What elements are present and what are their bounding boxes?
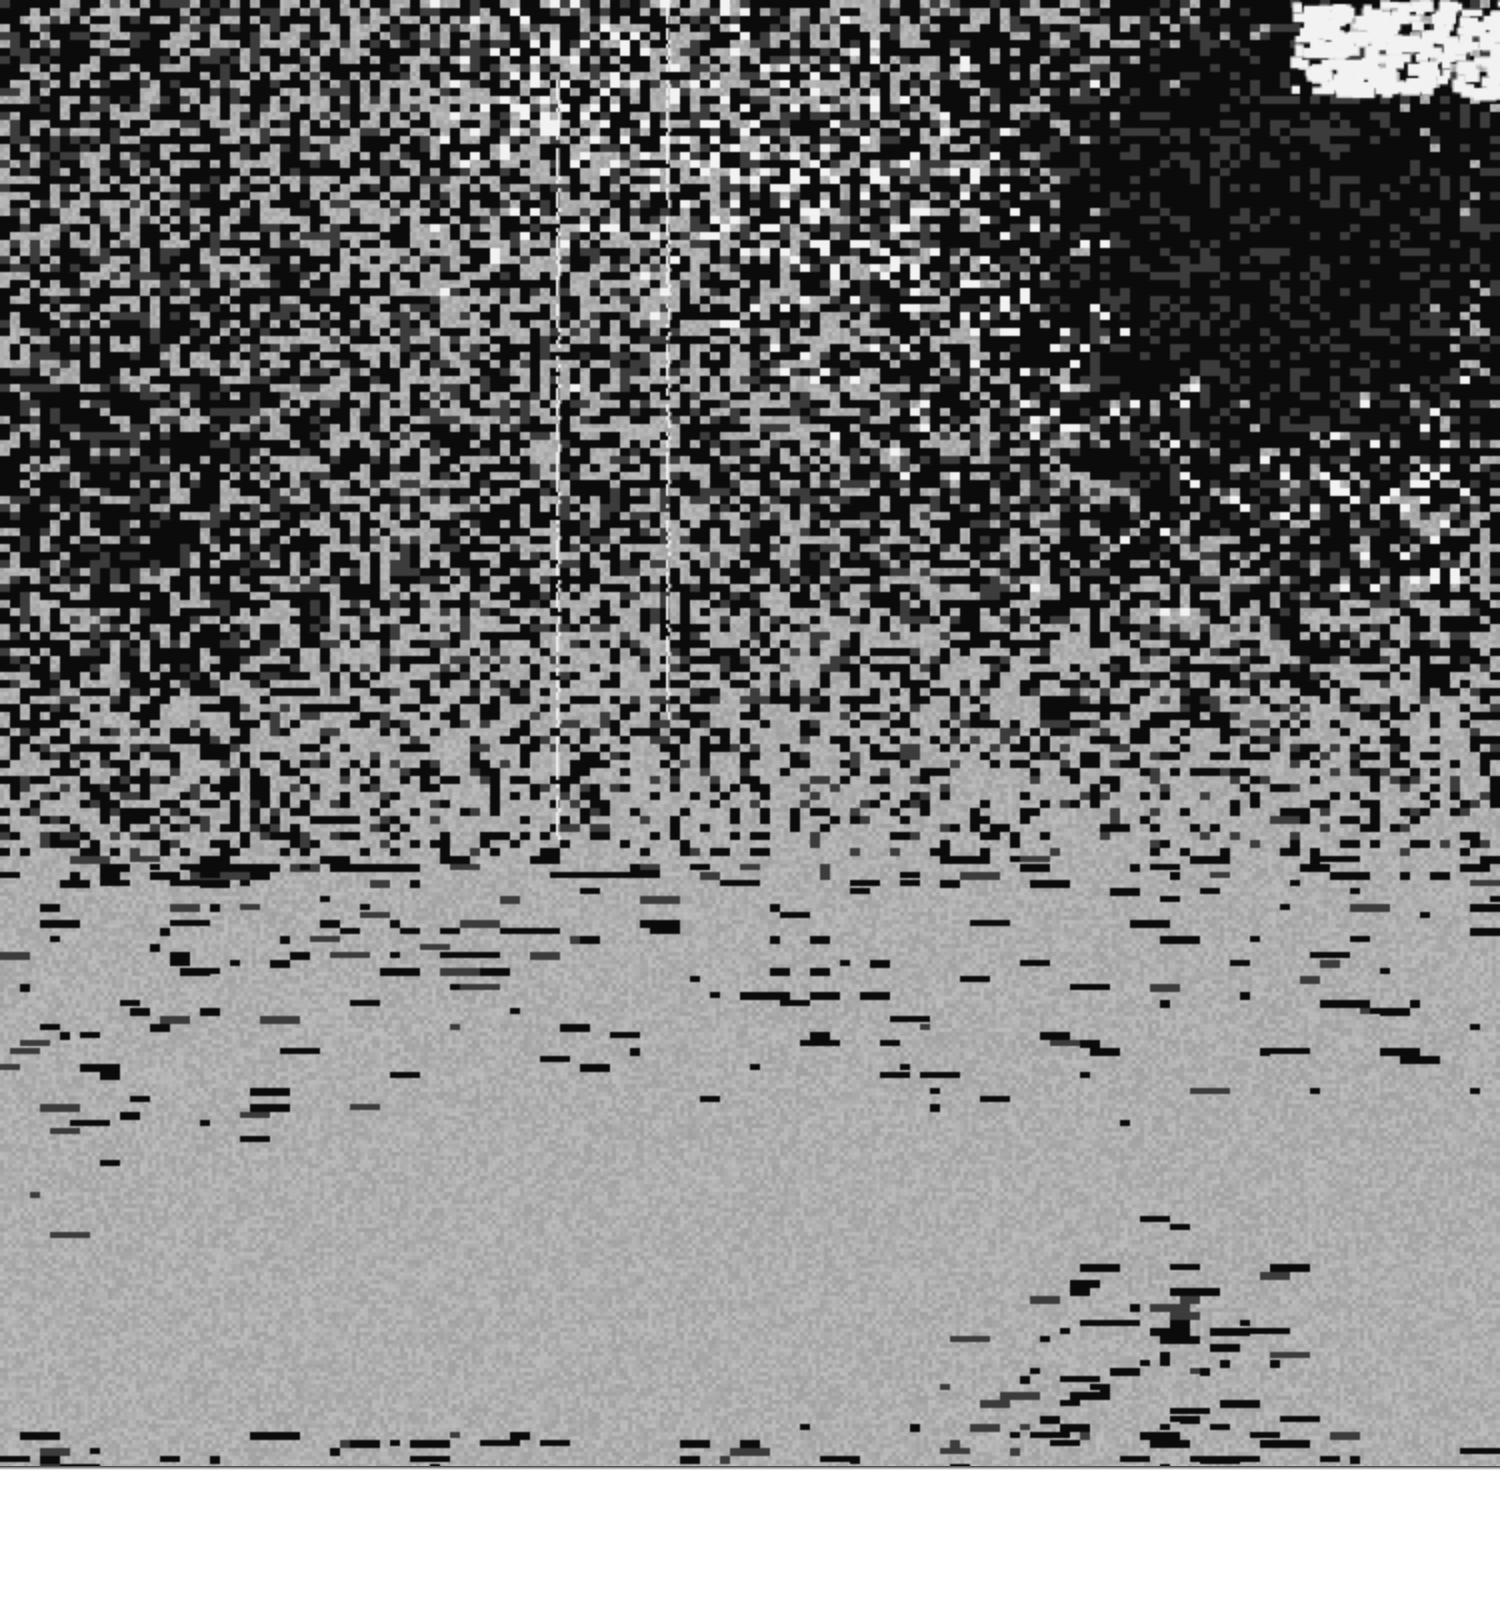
rug-texture xyxy=(0,0,1500,1468)
rug-photo xyxy=(0,0,1500,1468)
page-background xyxy=(0,1470,1500,1601)
